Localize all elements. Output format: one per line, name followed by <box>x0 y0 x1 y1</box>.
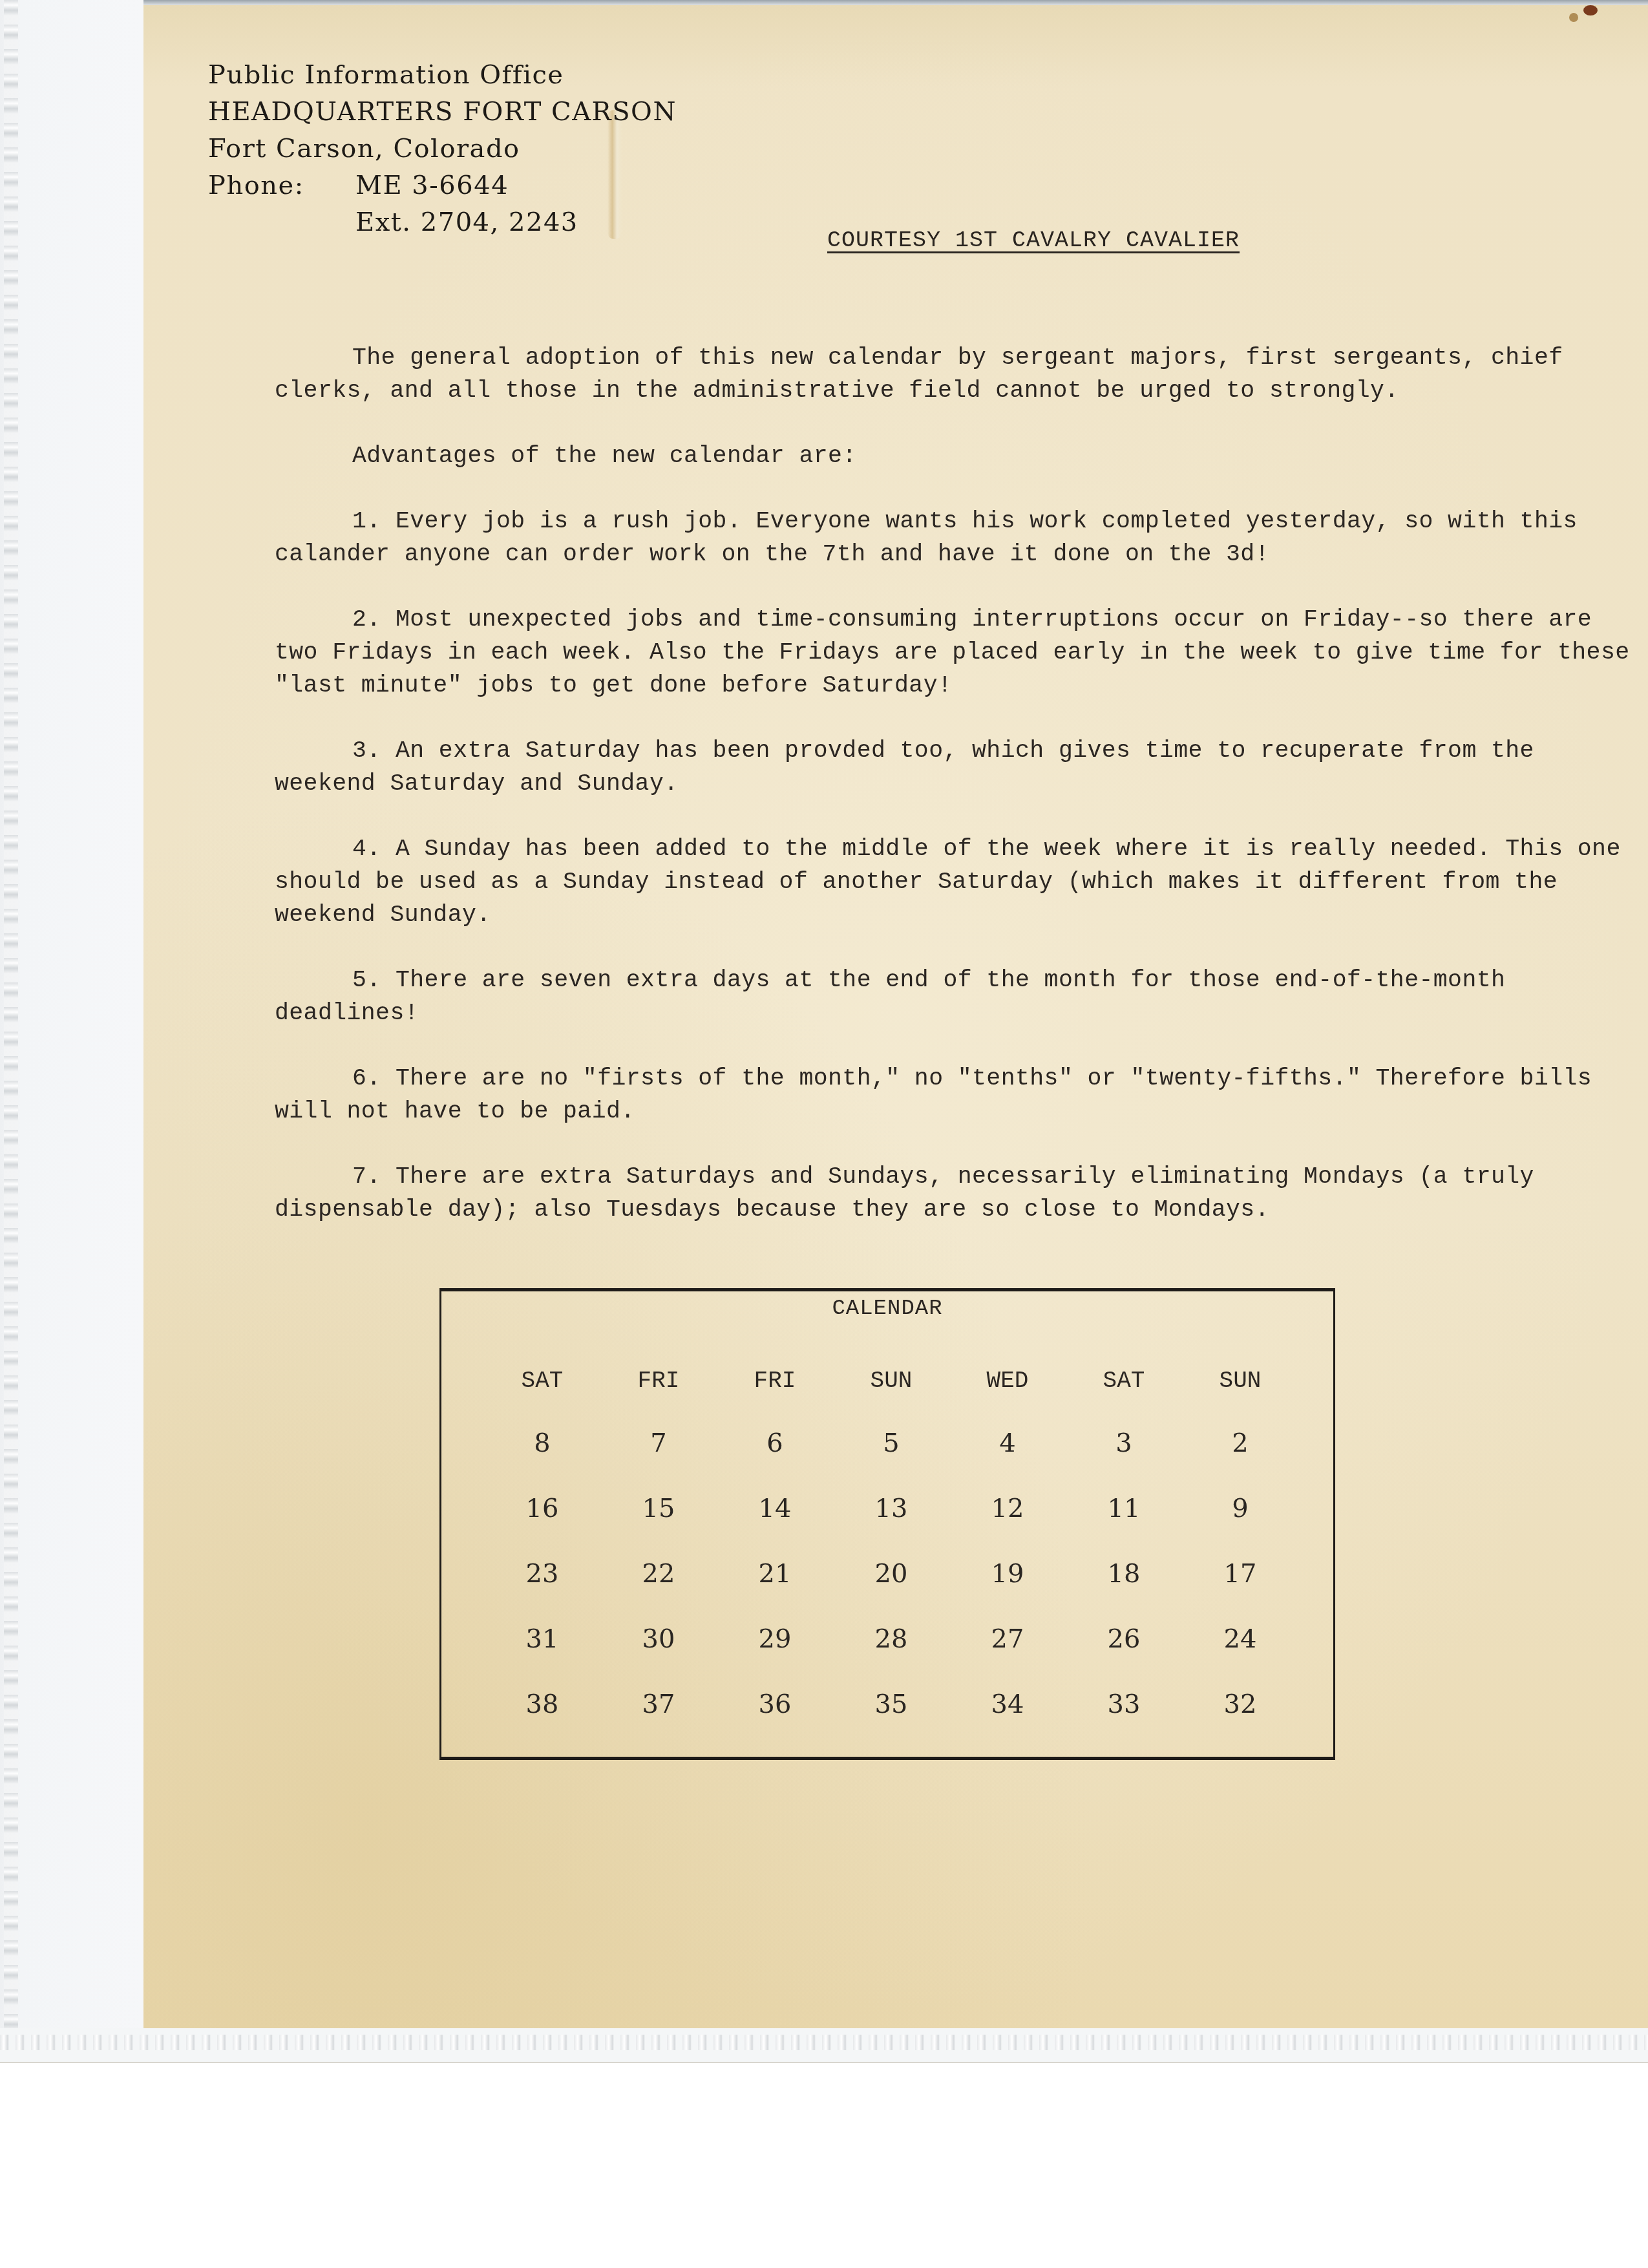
stain-mark <box>1583 5 1598 16</box>
date-cell: 23 <box>484 1541 600 1606</box>
item-number: 5. <box>352 967 381 993</box>
date-cell: 33 <box>1066 1671 1182 1737</box>
date-cell: 38 <box>484 1671 600 1737</box>
phone-row: Phone:ME 3-6644 <box>208 167 677 204</box>
date-cell: 7 <box>600 1410 717 1476</box>
stain-mark <box>1569 13 1578 22</box>
date-cell: 2 <box>1182 1410 1298 1476</box>
date-cell: 26 <box>1066 1606 1182 1671</box>
document-body: The general adoption of this new calenda… <box>275 341 1638 1258</box>
item-text: Most unexpected jobs and time-consuming … <box>275 606 1630 699</box>
headquarters-name: HEADQUARTERS FORT CARSON <box>208 94 677 131</box>
extensions-row: Ext. 2704, 2243 <box>208 204 677 241</box>
date-cell: 29 <box>717 1606 833 1671</box>
date-cell: 31 <box>484 1606 600 1671</box>
date-cell: 6 <box>717 1410 833 1476</box>
advantage-item: 4. A Sunday has been added to the middle… <box>275 832 1638 931</box>
day-header: SAT <box>1066 1359 1182 1410</box>
date-cell: 27 <box>949 1606 1066 1671</box>
letterhead: Public Information Office HEADQUARTERS F… <box>208 57 677 241</box>
date-cell: 37 <box>600 1671 717 1737</box>
plastic-sleeve-bottom <box>0 2028 1648 2063</box>
item-text: Every job is a rush job. Everyone wants … <box>275 508 1578 567</box>
advantage-item: 5. There are seven extra days at the end… <box>275 964 1638 1030</box>
courtesy-heading: COURTESY 1ST CAVALRY CAVALIER <box>827 228 1240 253</box>
calendar-dates: 8 7 6 5 4 3 2 16 15 14 13 12 11 9 23 22 … <box>484 1410 1298 1737</box>
date-cell: 32 <box>1182 1671 1298 1737</box>
date-cell: 36 <box>717 1671 833 1737</box>
extensions: Ext. 2704, 2243 <box>355 207 578 237</box>
date-cell: 30 <box>600 1606 717 1671</box>
date-cell: 21 <box>717 1541 833 1606</box>
date-cell: 17 <box>1182 1541 1298 1606</box>
day-header: FRI <box>717 1359 833 1410</box>
date-cell: 8 <box>484 1410 600 1476</box>
date-cell: 9 <box>1182 1476 1298 1541</box>
item-number: 1. <box>352 508 381 535</box>
calendar-title: CALENDAR <box>441 1297 1333 1321</box>
date-cell: 28 <box>833 1606 949 1671</box>
date-cell: 15 <box>600 1476 717 1541</box>
office-name: Public Information Office <box>208 57 677 94</box>
item-number: 4. <box>352 836 381 862</box>
item-number: 2. <box>352 606 381 633</box>
day-header: FRI <box>600 1359 717 1410</box>
advantage-item: 2. Most unexpected jobs and time-consumi… <box>275 603 1638 702</box>
day-header: SAT <box>484 1359 600 1410</box>
day-header: SUN <box>833 1359 949 1410</box>
intro-paragraph: The general adoption of this new calenda… <box>275 341 1638 407</box>
date-cell: 35 <box>833 1671 949 1737</box>
advantage-item: 6. There are no "firsts of the month," n… <box>275 1062 1638 1128</box>
date-cell: 24 <box>1182 1606 1298 1671</box>
item-text: An extra Saturday has been provded too, … <box>275 737 1534 797</box>
date-cell: 5 <box>833 1410 949 1476</box>
date-cell: 13 <box>833 1476 949 1541</box>
location: Fort Carson, Colorado <box>208 131 677 167</box>
advantage-item: 7. There are extra Saturdays and Sundays… <box>275 1160 1638 1226</box>
date-cell: 22 <box>600 1541 717 1606</box>
day-header: SUN <box>1182 1359 1298 1410</box>
advantage-item: 3. An extra Saturday has been provded to… <box>275 734 1638 800</box>
date-cell: 34 <box>949 1671 1066 1737</box>
advantages-heading: Advantages of the new calendar are: <box>275 440 1638 472</box>
item-text: There are extra Saturdays and Sundays, n… <box>275 1163 1534 1223</box>
item-number: 3. <box>352 737 381 764</box>
date-cell: 3 <box>1066 1410 1182 1476</box>
date-cell: 12 <box>949 1476 1066 1541</box>
binding-perforations <box>4 0 18 2059</box>
plastic-sleeve-left <box>0 0 143 2059</box>
item-text: There are no "firsts of the month," no "… <box>275 1065 1592 1125</box>
item-text: A Sunday has been added to the middle of… <box>275 836 1621 928</box>
date-cell: 19 <box>949 1541 1066 1606</box>
item-text: There are seven extra days at the end of… <box>275 967 1505 1026</box>
date-cell: 4 <box>949 1410 1066 1476</box>
day-header: WED <box>949 1359 1066 1410</box>
date-cell: 18 <box>1066 1541 1182 1606</box>
date-cell: 11 <box>1066 1476 1182 1541</box>
item-number: 6. <box>352 1065 381 1092</box>
phone-label: Phone: <box>208 167 355 204</box>
joke-calendar: CALENDAR SAT FRI FRI SUN WED SAT SUN 8 7… <box>439 1288 1335 1760</box>
date-cell: 16 <box>484 1476 600 1541</box>
phone-number: ME 3-6644 <box>355 171 509 200</box>
advantage-item: 1. Every job is a rush job. Everyone wan… <box>275 505 1638 571</box>
sleeve-perforations <box>0 2035 1648 2050</box>
date-cell: 14 <box>717 1476 833 1541</box>
date-cell: 20 <box>833 1541 949 1606</box>
item-number: 7. <box>352 1163 381 1190</box>
